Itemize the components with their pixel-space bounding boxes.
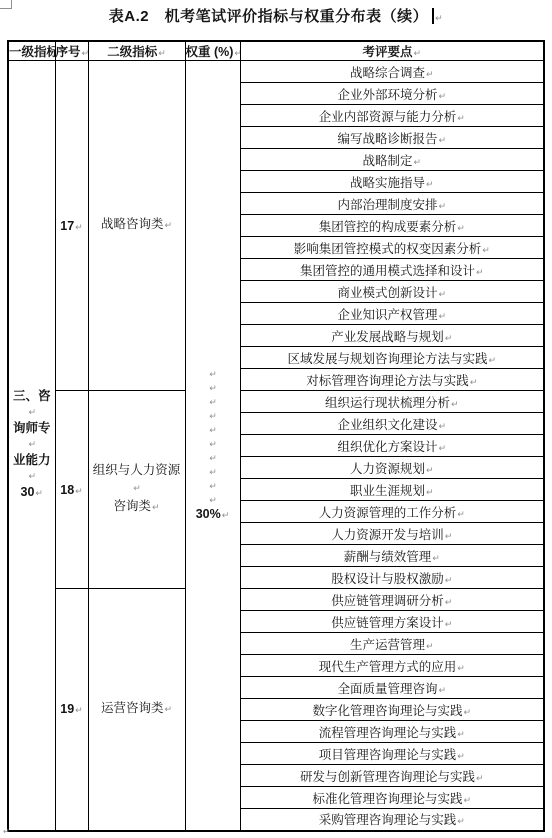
paragraph-mark-icon: ↵ <box>152 503 160 513</box>
table-row: 三、咨↵询师专↵业能力↵30↵17↵战略咨询类↵↵↵↵↵↵↵↵↵↵↵30%↵战略… <box>8 61 544 83</box>
assessment-point-text: 人力资源开发与培训 <box>331 528 444 542</box>
paragraph-mark-icon: ↵ <box>438 422 446 432</box>
paragraph-mark-icon: ↵ <box>3 827 10 836</box>
paragraph-mark-icon: ↵ <box>438 202 446 212</box>
assessment-point-cell: 战略综合调查↵ <box>240 61 544 83</box>
assessment-point-text: 生产运营管理 <box>350 638 425 652</box>
assessment-point-text: 采购管理咨询理论与实践 <box>319 813 457 827</box>
first-level-indicator-line: 业能力 <box>13 453 51 467</box>
paragraph-mark-icon: ↵ <box>222 511 230 521</box>
assessment-point-cell: 项目管理咨询理论与实践↵ <box>240 743 544 765</box>
paragraph-mark-icon: ↵ <box>413 158 421 168</box>
assessment-point-text: 数字化管理咨询理论与实践 <box>312 704 462 718</box>
header-first-level-indicator: 一级指标↵ <box>8 41 55 61</box>
assessment-point-text: 对标管理咨询理论方法与实践 <box>306 374 469 388</box>
paragraph-mark-icon: ↵ <box>476 774 484 784</box>
paragraph-mark-icon: ↵ <box>426 488 434 498</box>
assessment-point-text: 供应链管理调研分析 <box>331 594 444 608</box>
paragraph-mark-icon: ↵ <box>164 221 172 231</box>
assessment-point-cell: 组织优化方案设计↵ <box>240 435 544 457</box>
second-level-indicator-line: 战略咨询类 <box>101 217 164 231</box>
paragraph-mark-icon: ↵ <box>457 817 465 827</box>
assessment-point-cell: 企业组织文化建设↵ <box>240 413 544 435</box>
paragraph-mark-icon: ↵ <box>209 468 217 478</box>
evaluation-table: 一级指标↵ 序号↵ 二级指标↵ 权重 (%)↵ 考评要点↵ 三、咨↵询师专↵业能… <box>7 40 545 832</box>
paragraph-mark-icon: ↵ <box>75 706 83 716</box>
assessment-point-cell: 流程管理咨询理论与实践↵ <box>240 721 544 743</box>
assessment-point-text: 战略实施指导 <box>350 176 425 190</box>
header-label: 序号 <box>56 45 81 59</box>
paragraph-mark-icon: ↵ <box>438 444 446 454</box>
serial-number: 19 <box>60 702 74 716</box>
assessment-point-cell: 生产运营管理↵ <box>240 633 544 655</box>
paragraph-mark-icon: ↵ <box>426 642 434 652</box>
paragraph-mark-icon: ↵ <box>209 440 217 450</box>
assessment-point-text: 产业发展战略与规划 <box>331 330 444 344</box>
weight-cell: ↵↵↵↵↵↵↵↵↵↵30%↵ <box>185 61 240 831</box>
assessment-point-cell: 集团管控的构成要素分析↵ <box>240 215 544 237</box>
assessment-point-cell: 产业发展战略与规划↵ <box>240 325 544 347</box>
header-weight-percent: 权重 (%)↵ <box>185 41 240 61</box>
assessment-point-text: 企业组织文化建设 <box>337 418 437 432</box>
paragraph-mark-icon: ↵ <box>438 290 446 300</box>
assessment-point-cell: 商业模式创新设计↵ <box>240 281 544 303</box>
paragraph-mark-icon: ↵ <box>488 356 496 366</box>
assessment-point-text: 职业生涯规划 <box>350 484 425 498</box>
weight-value: 30% <box>196 507 221 521</box>
paragraph-mark-icon: ↵ <box>438 92 446 102</box>
assessment-point-cell: 对标管理咨询理论方法与实践↵ <box>240 369 544 391</box>
assessment-point-text: 现代生产管理方式的应用 <box>319 660 457 674</box>
header-serial-number: 序号↵ <box>55 41 88 61</box>
assessment-point-cell: 人力资源管理的工作分析↵ <box>240 501 544 523</box>
paragraph-mark-icon: ↵ <box>75 487 83 497</box>
assessment-point-text: 全面质量管理咨询 <box>337 682 437 696</box>
second-level-indicator-line: 运营咨询类 <box>101 701 164 715</box>
assessment-point-text: 人力资源管理的工作分析 <box>319 506 457 520</box>
assessment-point-text: 供应链管理方案设计 <box>331 616 444 630</box>
second-level-indicator-line: 咨询类 <box>113 499 151 513</box>
paragraph-mark-icon: ↵ <box>463 708 471 718</box>
paragraph-mark-icon: ↵ <box>445 334 453 344</box>
serial-number-cell: 18↵ <box>55 391 88 589</box>
assessment-point-text: 企业内部资源与能力分析 <box>319 110 457 124</box>
paragraph-mark-icon: ↵ <box>133 484 141 494</box>
assessment-point-cell: 供应链管理方案设计↵ <box>240 611 544 633</box>
paragraph-mark-icon: ↵ <box>209 482 217 492</box>
paragraph-mark-icon: ↵ <box>457 664 465 674</box>
paragraph-mark-icon: ↵ <box>209 426 217 436</box>
table-row: 19↵运营咨询类↵供应链管理调研分析↵ <box>8 589 544 611</box>
paragraph-mark-icon: ↵ <box>75 223 83 233</box>
paragraph-mark-icon: ↵ <box>457 224 465 234</box>
paragraph-mark-icon: ↵ <box>209 412 217 422</box>
assessment-point-text: 内部治理制度安排 <box>337 198 437 212</box>
paragraph-mark-icon: ↵ <box>438 312 446 322</box>
assessment-point-cell: 供应链管理调研分析↵ <box>240 589 544 611</box>
header-label: 权重 (%) <box>186 45 234 59</box>
assessment-point-cell: 数字化管理咨询理论与实践↵ <box>240 699 544 721</box>
paragraph-mark-icon: ↵ <box>438 136 446 146</box>
paragraph-mark-icon: ↵ <box>28 440 36 450</box>
paragraph-mark-icon: ↵ <box>209 384 217 394</box>
table-body: 三、咨↵询师专↵业能力↵30↵17↵战略咨询类↵↵↵↵↵↵↵↵↵↵↵30%↵战略… <box>8 61 544 831</box>
table-row: 18↵组织与人力资源↵咨询类↵组织运行现状梳理分析↵ <box>8 391 544 413</box>
second-level-indicator-cell: 组织与人力资源↵咨询类↵ <box>88 391 185 589</box>
assessment-point-text: 商业模式创新设计 <box>337 286 437 300</box>
paragraph-mark-icon: ↵ <box>82 49 88 59</box>
paragraph-mark-icon: ↵ <box>463 796 471 806</box>
paragraph-mark-icon: ↵ <box>445 532 453 542</box>
second-level-indicator-cell: 战略咨询类↵ <box>88 61 185 391</box>
assessment-point-text: 流程管理咨询理论与实践 <box>319 726 457 740</box>
paragraph-mark-icon: ↵ <box>457 730 465 740</box>
assessment-point-text: 影响集团管控模式的权变因素分析 <box>294 242 482 256</box>
header-label: 考评要点 <box>362 45 412 59</box>
paragraph-mark-icon: ↵ <box>28 408 36 418</box>
serial-number-cell: 19↵ <box>55 589 88 831</box>
paragraph-mark-icon: ↵ <box>209 370 217 380</box>
paragraph-mark-icon: ↵ <box>470 378 478 388</box>
paragraph-mark-icon: ↵ <box>457 752 465 762</box>
assessment-point-cell: 战略制定↵ <box>240 149 544 171</box>
paragraph-mark-icon: ↵ <box>28 472 36 482</box>
assessment-point-text: 区域发展与规划咨询理论方法与实践 <box>287 352 487 366</box>
assessment-point-text: 集团管控的通用模式选择和设计 <box>300 264 475 278</box>
assessment-point-cell: 企业内部资源与能力分析↵ <box>240 105 544 127</box>
paragraph-mark-icon: ↵ <box>445 598 453 608</box>
assessment-point-cell: 组织运行现状梳理分析↵ <box>240 391 544 413</box>
assessment-point-cell: 薪酬与绩效管理↵ <box>240 545 544 567</box>
assessment-point-cell: 人力资源开发与培训↵ <box>240 523 544 545</box>
assessment-point-text: 企业外部环境分析 <box>337 88 437 102</box>
paragraph-mark-icon: ↵ <box>445 620 453 630</box>
paragraph-mark-icon: ↵ <box>234 49 240 59</box>
assessment-point-text: 研发与创新管理咨询理论与实践 <box>300 770 475 784</box>
assessment-point-cell: 研发与创新管理咨询理论与实践↵ <box>240 765 544 787</box>
first-level-indicator-line: 三、咨 <box>13 389 51 403</box>
assessment-point-cell: 区域发展与规划咨询理论方法与实践↵ <box>240 347 544 369</box>
header-label: 一级指标 <box>9 45 55 59</box>
paragraph-mark-icon: ↵ <box>476 268 484 278</box>
text-cursor <box>432 8 434 24</box>
second-level-indicator-cell: 运营咨询类↵ <box>88 589 185 831</box>
first-level-indicator-line: 30 <box>21 485 35 499</box>
first-level-indicator-cell: 三、咨↵询师专↵业能力↵30↵ <box>8 61 55 831</box>
paragraph-mark-icon: ↵ <box>457 114 465 124</box>
assessment-point-text: 战略制定 <box>362 154 412 168</box>
header-label: 二级指标 <box>107 45 157 59</box>
serial-number: 17 <box>60 219 74 233</box>
assessment-point-text: 薪酬与绩效管理 <box>344 550 432 564</box>
paragraph-mark-icon: ↵ <box>457 510 465 520</box>
assessment-point-cell: 企业外部环境分析↵ <box>240 83 544 105</box>
assessment-point-text: 标准化管理咨询理论与实践 <box>312 792 462 806</box>
paragraph-mark-icon: ↵ <box>451 400 459 410</box>
paragraph-mark-icon: ↵ <box>482 246 490 256</box>
table-title: 表A.2 机考笔试评价指标与权重分布表（续）↵ <box>0 5 552 26</box>
header-row: 一级指标↵ 序号↵ 二级指标↵ 权重 (%)↵ 考评要点↵ <box>8 41 544 61</box>
assessment-point-cell: 集团管控的通用模式选择和设计↵ <box>240 259 544 281</box>
paragraph-mark-icon: ↵ <box>426 180 434 190</box>
paragraph-mark-icon: ↵ <box>164 705 172 715</box>
assessment-point-cell: 现代生产管理方式的应用↵ <box>240 655 544 677</box>
paragraph-mark-icon: ↵ <box>426 466 434 476</box>
assessment-point-cell: 采购管理咨询理论与实践↵ <box>240 809 544 831</box>
assessment-point-cell: 股权设计与股权激励↵ <box>240 567 544 589</box>
assessment-point-text: 集团管控的构成要素分析 <box>319 220 457 234</box>
assessment-point-cell: 内部治理制度安排↵ <box>240 193 544 215</box>
assessment-point-text: 编写战略诊断报告 <box>337 132 437 146</box>
paragraph-mark-icon: ↵ <box>209 496 217 506</box>
assessment-point-cell: 职业生涯规划↵ <box>240 479 544 501</box>
paragraph-mark-icon: ↵ <box>445 576 453 586</box>
assessment-point-cell: 影响集团管控模式的权变因素分析↵ <box>240 237 544 259</box>
paragraph-mark-icon: ↵ <box>432 554 440 564</box>
assessment-point-text: 项目管理咨询理论与实践 <box>319 748 457 762</box>
header-second-level-indicator: 二级指标↵ <box>88 41 185 61</box>
assessment-point-text: 股权设计与股权激励 <box>331 572 444 586</box>
assessment-point-cell: 标准化管理咨询理论与实践↵ <box>240 787 544 809</box>
paragraph-mark-icon: ↵ <box>435 14 443 24</box>
serial-number-cell: 17↵ <box>55 61 88 391</box>
paragraph-mark-icon: ↵ <box>209 398 217 408</box>
paragraph-mark-icon: ↵ <box>158 49 166 59</box>
assessment-point-cell: 企业知识产权管理↵ <box>240 303 544 325</box>
paragraph-mark-icon: ↵ <box>426 70 434 80</box>
assessment-point-text: 战略综合调查 <box>350 66 425 80</box>
assessment-point-cell: 全面质量管理咨询↵ <box>240 677 544 699</box>
assessment-point-cell: 人力资源规划↵ <box>240 457 544 479</box>
paragraph-mark-icon: ↵ <box>413 49 421 59</box>
second-level-indicator-line: 组织与人力资源 <box>93 463 181 477</box>
assessment-point-cell: 战略实施指导↵ <box>240 171 544 193</box>
assessment-point-text: 企业知识产权管理 <box>337 308 437 322</box>
serial-number: 18 <box>60 483 74 497</box>
assessment-point-text: 组织优化方案设计 <box>337 440 437 454</box>
table-title-text: 表A.2 机考笔试评价指标与权重分布表（续） <box>109 8 428 25</box>
paragraph-mark-icon: ↵ <box>438 686 446 696</box>
header-assessment-points: 考评要点↵ <box>240 41 544 61</box>
assessment-point-cell: 编写战略诊断报告↵ <box>240 127 544 149</box>
assessment-point-text: 组织运行现状梳理分析 <box>325 396 450 410</box>
document-page: 表A.2 机考笔试评价指标与权重分布表（续）↵ 一级指标↵ 序号↵ 二级指标↵ … <box>0 0 552 838</box>
assessment-point-text: 人力资源规划 <box>350 462 425 476</box>
paragraph-mark-icon: ↵ <box>209 454 217 464</box>
paragraph-mark-icon: ↵ <box>35 489 43 499</box>
first-level-indicator-line: 询师专 <box>13 421 51 435</box>
